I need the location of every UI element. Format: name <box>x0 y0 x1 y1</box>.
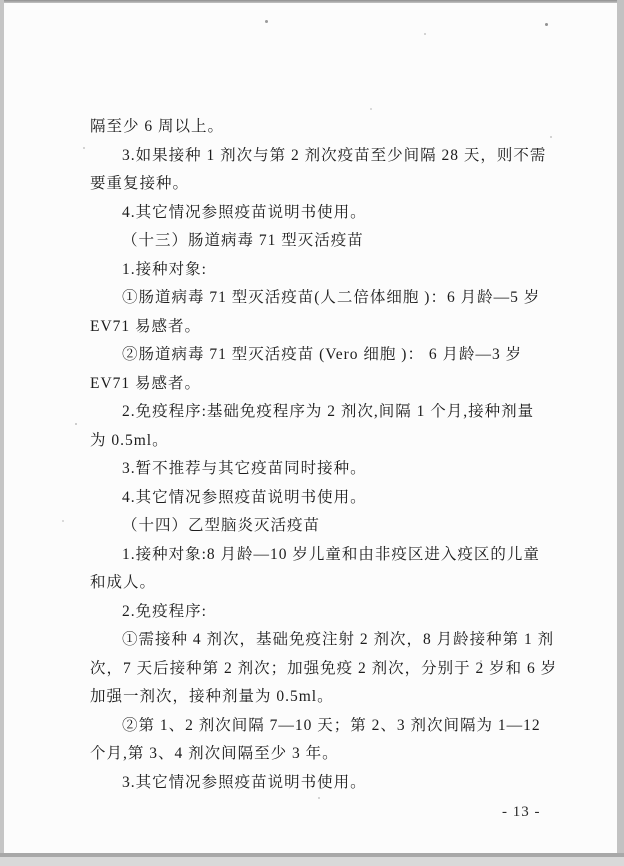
text-line: 2.免疫程序:基础免疫程序为 2 剂次,间隔 1 个月,接种剂量 <box>90 398 558 427</box>
text-line: 4.其它情况参照疫苗说明书使用。 <box>90 484 558 513</box>
text-line: ②肠道病毒 71 型灭活疫苗 (Vero 细胞 )： 6 月龄—3 岁 <box>90 341 558 370</box>
text-line: 为 0.5ml。 <box>90 427 558 456</box>
text-line: （十三）肠道病毒 71 型灭活疫苗 <box>90 227 558 256</box>
text-line: ①需接种 4 剂次，基础免疫注射 2 剂次，8 月龄接种第 1 剂 <box>90 626 558 655</box>
page-edge-top <box>0 0 624 3</box>
page-edge-left <box>0 0 4 866</box>
text-line: 次，7 天后接种第 2 剂次；加强免疫 2 剂次，分别于 2 岁和 6 岁 <box>90 655 558 684</box>
scan-speck <box>480 660 482 662</box>
text-line: 3.暂不推荐与其它疫苗同时接种。 <box>90 455 558 484</box>
text-line: 加强一剂次，接种剂量为 0.5ml。 <box>90 683 558 712</box>
scan-speck <box>545 23 548 26</box>
document-body: 隔至少 6 周以上。3.如果接种 1 剂次与第 2 剂次疫苗至少间隔 28 天，… <box>90 113 558 797</box>
text-line: EV71 易感者。 <box>90 370 558 399</box>
text-line: （十四）乙型脑炎灭活疫苗 <box>90 512 558 541</box>
scan-speck <box>75 423 77 425</box>
scan-speck <box>62 520 64 522</box>
text-line: 3.其它情况参照疫苗说明书使用。 <box>90 769 558 798</box>
scan-speck <box>370 108 372 110</box>
text-line: 要重复接种。 <box>90 170 558 199</box>
text-line: 隔至少 6 周以上。 <box>90 113 558 142</box>
text-line: 2.免疫程序: <box>90 598 558 627</box>
page-number: - 13 - <box>502 804 541 821</box>
text-line: 个月,第 3、4 剂次间隔至少 3 年。 <box>90 740 558 769</box>
text-line: 和成人。 <box>90 569 558 598</box>
text-line: 1.接种对象: <box>90 256 558 285</box>
text-line: ①肠道病毒 71 型灭活疫苗(人二倍体细胞 )：6 月龄—5 岁 <box>90 284 558 313</box>
text-line: EV71 易感者。 <box>90 313 558 342</box>
text-line: 3.如果接种 1 剂次与第 2 剂次疫苗至少间隔 28 天，则不需 <box>90 142 558 171</box>
scan-speck <box>265 20 268 23</box>
page-edge-bottom-strip <box>0 857 624 866</box>
scan-speck <box>550 136 552 138</box>
scan-speck <box>128 782 130 784</box>
page-edge-right <box>617 0 624 866</box>
text-line: 1.接种对象:8 月龄—10 岁儿童和由非疫区进入疫区的儿童 <box>90 541 558 570</box>
text-line: ②第 1、2 剂次间隔 7—10 天；第 2、3 剂次间隔为 1—12 <box>90 712 558 741</box>
text-line: 4.其它情况参照疫苗说明书使用。 <box>90 199 558 228</box>
document-page: 隔至少 6 周以上。3.如果接种 1 剂次与第 2 剂次疫苗至少间隔 28 天，… <box>4 3 617 853</box>
scan-speck <box>424 33 426 35</box>
scan-speck <box>318 797 320 799</box>
scan-speck <box>83 147 85 149</box>
